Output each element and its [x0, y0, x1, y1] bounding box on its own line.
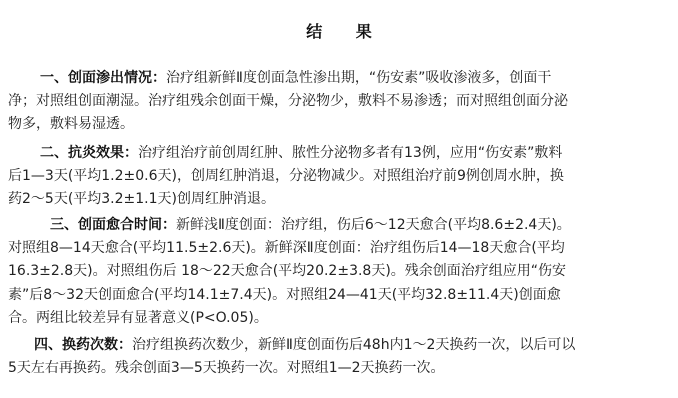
section-1-text: 治疗组新鲜Ⅱ度创面急性渗出期，“伤安素”吸收渗液多，创面干	[166, 70, 551, 86]
section-3-line-4: 素”后8～32天创面愈合(平均14.1±7.4天)。对照组24—41天(平均32…	[8, 284, 674, 306]
section-title: 结 果	[0, 19, 678, 42]
section-4-heading: 四、换药次数：	[34, 337, 132, 353]
section-3-line-5: 合。两组比较差异有显著意义(P<O.05)。	[8, 307, 674, 329]
section-1-line-3: 物多，敷料易湿透。	[8, 113, 674, 135]
section-3-line-1: 三、创面愈合时间：新鲜浅Ⅱ度创面：治疗组，伤后6～12天愈合(平均8.6±2.4…	[50, 214, 678, 236]
section-2-text: 治疗组治疗前创周红肿、脓性分泌物多者有13例，应用“伤安素”敷料	[138, 145, 562, 161]
section-1-line-1: 一、创面渗出情况：治疗组新鲜Ⅱ度创面急性渗出期，“伤安素”吸收渗液多，创面干	[40, 67, 678, 89]
section-3-line-3: 16.3±2.8天)。对照组伤后 18～22天愈合(平均20.2±3.8天)。残…	[8, 260, 674, 282]
section-2-heading: 二、抗炎效果：	[40, 145, 138, 161]
section-2-line-1: 二、抗炎效果：治疗组治疗前创周红肿、脓性分泌物多者有13例，应用“伤安素”敷料	[40, 142, 678, 164]
section-4-text: 治疗组换药次数少，新鲜Ⅱ度创面伤后48h内1～2天换药一次，以后可以	[132, 337, 575, 353]
section-1-heading: 一、创面渗出情况：	[40, 70, 166, 86]
section-2-line-3: 药2～5天(平均3.2±1.1天)创周红肿消退。	[8, 188, 674, 210]
section-3-heading: 三、创面愈合时间：	[50, 217, 176, 233]
section-4-line-2: 5天左右再换药。残余创面3—5天换药一次。对照组1—2天换药一次。	[8, 357, 674, 379]
section-3-line-2: 对照组8—14天愈合(平均11.5±2.6天)。新鲜深Ⅱ度创面：治疗组伤后14—…	[8, 237, 674, 259]
section-4-line-1: 四、换药次数：治疗组换药次数少，新鲜Ⅱ度创面伤后48h内1～2天换药一次，以后可…	[34, 334, 678, 356]
section-2-line-2: 后1—3天(平均1.2±0.6天)，创周红肿消退，分泌物减少。对照组治疗前9例创…	[8, 165, 674, 187]
section-3-text: 新鲜浅Ⅱ度创面：治疗组，伤后6～12天愈合(平均8.6±2.4天)。	[176, 217, 571, 233]
section-1-line-2: 净；对照组创面潮湿。治疗组残余创面干燥，分泌物少，敷料不易渗透；而对照组创面分泌	[8, 90, 674, 112]
results-page: 结 果 一、创面渗出情况：治疗组新鲜Ⅱ度创面急性渗出期，“伤安素”吸收渗液多，创…	[0, 0, 678, 398]
